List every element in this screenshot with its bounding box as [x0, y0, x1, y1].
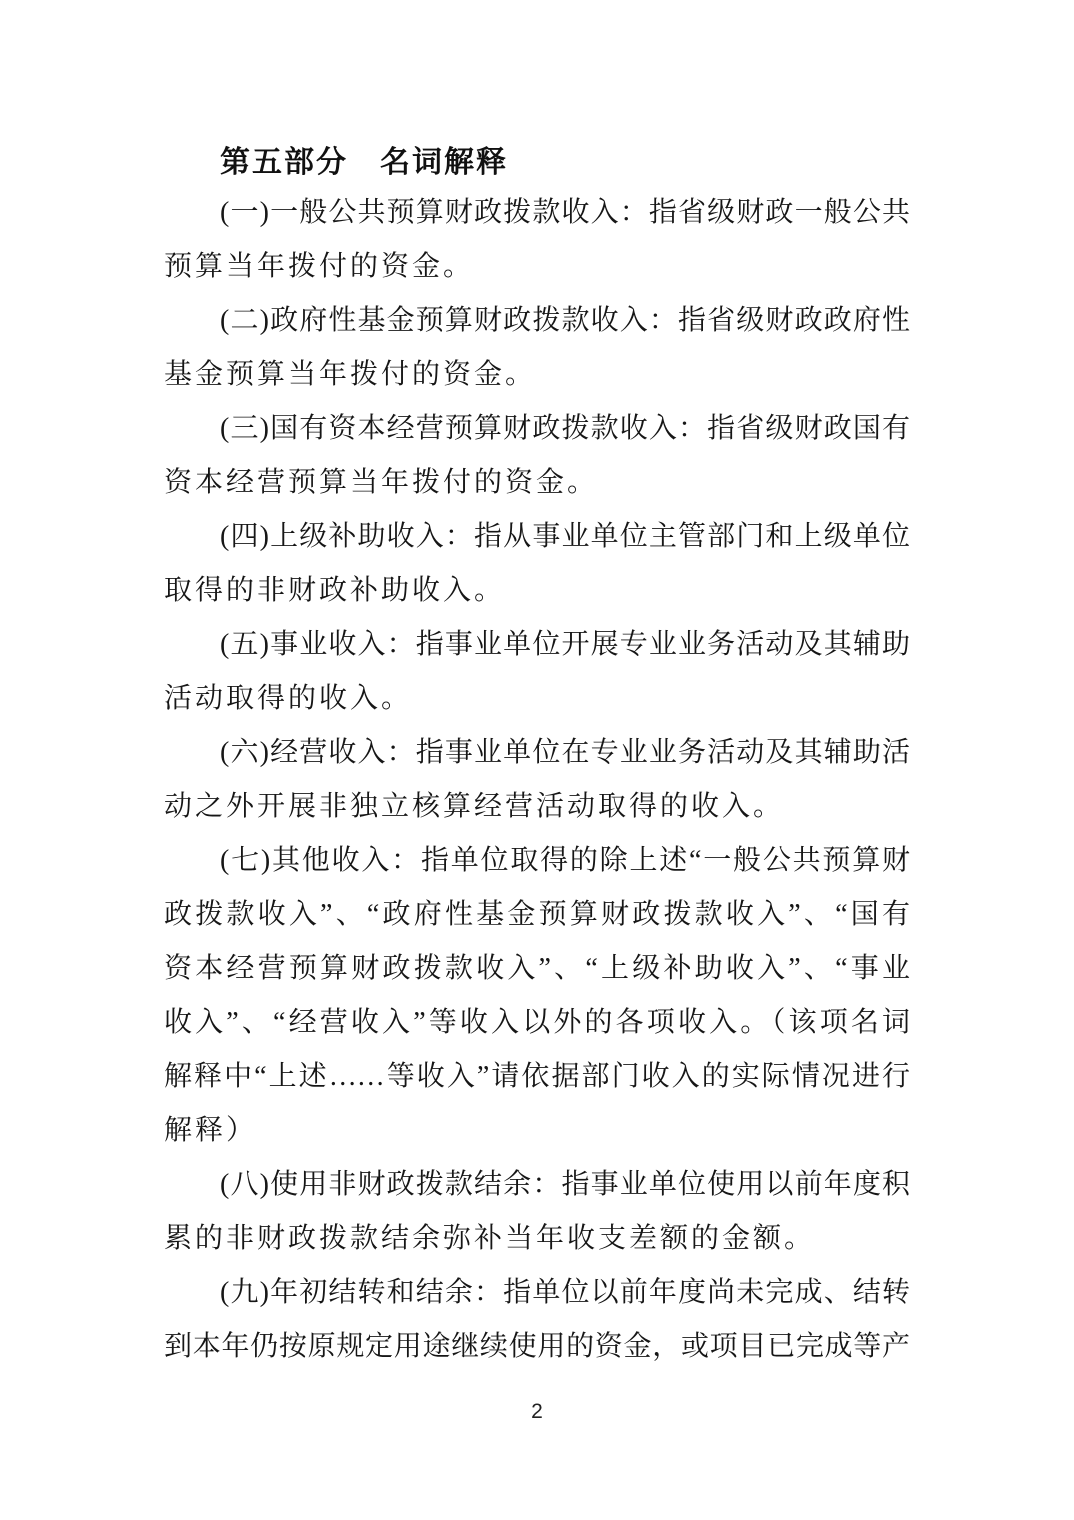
text-line: (九)年初结转和结余：指单位以前年度尚未完成、结转: [164, 1266, 910, 1320]
document-content: 第五部分 名词解释 (一)一般公共预算财政拨款收入：指省级财政一般公共预算当年拨…: [164, 140, 910, 1374]
text-line: 解释中“上述……等收入”请依据部门收入的实际情况进行: [164, 1050, 910, 1104]
text-line: (七)其他收入：指单位取得的除上述“一般公共预算财: [164, 834, 910, 888]
text-line: 到本年仍按原规定用途继续使用的资金，或项目已完成等产: [164, 1320, 910, 1374]
paragraph: (五)事业收入：指事业单位开展专业业务活动及其辅助活动取得的收入。: [164, 618, 910, 726]
text-line: 基金预算当年拨付的资金。: [164, 348, 910, 402]
text-line: 取得的非财政补助收入。: [164, 564, 910, 618]
text-line: 解释）: [164, 1104, 910, 1158]
text-line: 收入”、“经营收入”等收入以外的各项收入。（该项名词: [164, 996, 910, 1050]
text-line: 活动取得的收入。: [164, 672, 910, 726]
paragraph: (四)上级补助收入：指从事业单位主管部门和上级单位取得的非财政补助收入。: [164, 510, 910, 618]
text-line: (六)经营收入：指事业单位在专业业务活动及其辅助活: [164, 726, 910, 780]
text-line: (五)事业收入：指事业单位开展专业业务活动及其辅助: [164, 618, 910, 672]
text-line: 预算当年拨付的资金。: [164, 240, 910, 294]
page: 第五部分 名词解释 (一)一般公共预算财政拨款收入：指省级财政一般公共预算当年拨…: [0, 0, 1074, 1520]
text-line: (三)国有资本经营预算财政拨款收入：指省级财政国有: [164, 402, 910, 456]
page-number: 2: [0, 1400, 1074, 1424]
paragraph: (八)使用非财政拨款结余：指事业单位使用以前年度积累的非财政拨款结余弥补当年收支…: [164, 1158, 910, 1266]
paragraph: (六)经营收入：指事业单位在专业业务活动及其辅助活动之外开展非独立核算经营活动取…: [164, 726, 910, 834]
text-line: (二)政府性基金预算财政拨款收入：指省级财政政府性: [164, 294, 910, 348]
text-line: (四)上级补助收入：指从事业单位主管部门和上级单位: [164, 510, 910, 564]
document-title: 第五部分 名词解释: [164, 140, 910, 186]
document-body: (一)一般公共预算财政拨款收入：指省级财政一般公共预算当年拨付的资金。(二)政府…: [164, 186, 910, 1374]
paragraph: (二)政府性基金预算财政拨款收入：指省级财政政府性基金预算当年拨付的资金。: [164, 294, 910, 402]
paragraph: (九)年初结转和结余：指单位以前年度尚未完成、结转到本年仍按原规定用途继续使用的…: [164, 1266, 910, 1374]
text-line: (八)使用非财政拨款结余：指事业单位使用以前年度积: [164, 1158, 910, 1212]
paragraph: (一)一般公共预算财政拨款收入：指省级财政一般公共预算当年拨付的资金。: [164, 186, 910, 294]
text-line: 资本经营预算财政拨款收入”、“上级补助收入”、“事业: [164, 942, 910, 996]
text-line: 动之外开展非独立核算经营活动取得的收入。: [164, 780, 910, 834]
text-line: (一)一般公共预算财政拨款收入：指省级财政一般公共: [164, 186, 910, 240]
text-line: 累的非财政拨款结余弥补当年收支差额的金额。: [164, 1212, 910, 1266]
text-line: 政拨款收入”、“政府性基金预算财政拨款收入”、“国有: [164, 888, 910, 942]
paragraph: (三)国有资本经营预算财政拨款收入：指省级财政国有资本经营预算当年拨付的资金。: [164, 402, 910, 510]
paragraph: (七)其他收入：指单位取得的除上述“一般公共预算财政拨款收入”、“政府性基金预算…: [164, 834, 910, 1158]
text-line: 资本经营预算当年拨付的资金。: [164, 456, 910, 510]
